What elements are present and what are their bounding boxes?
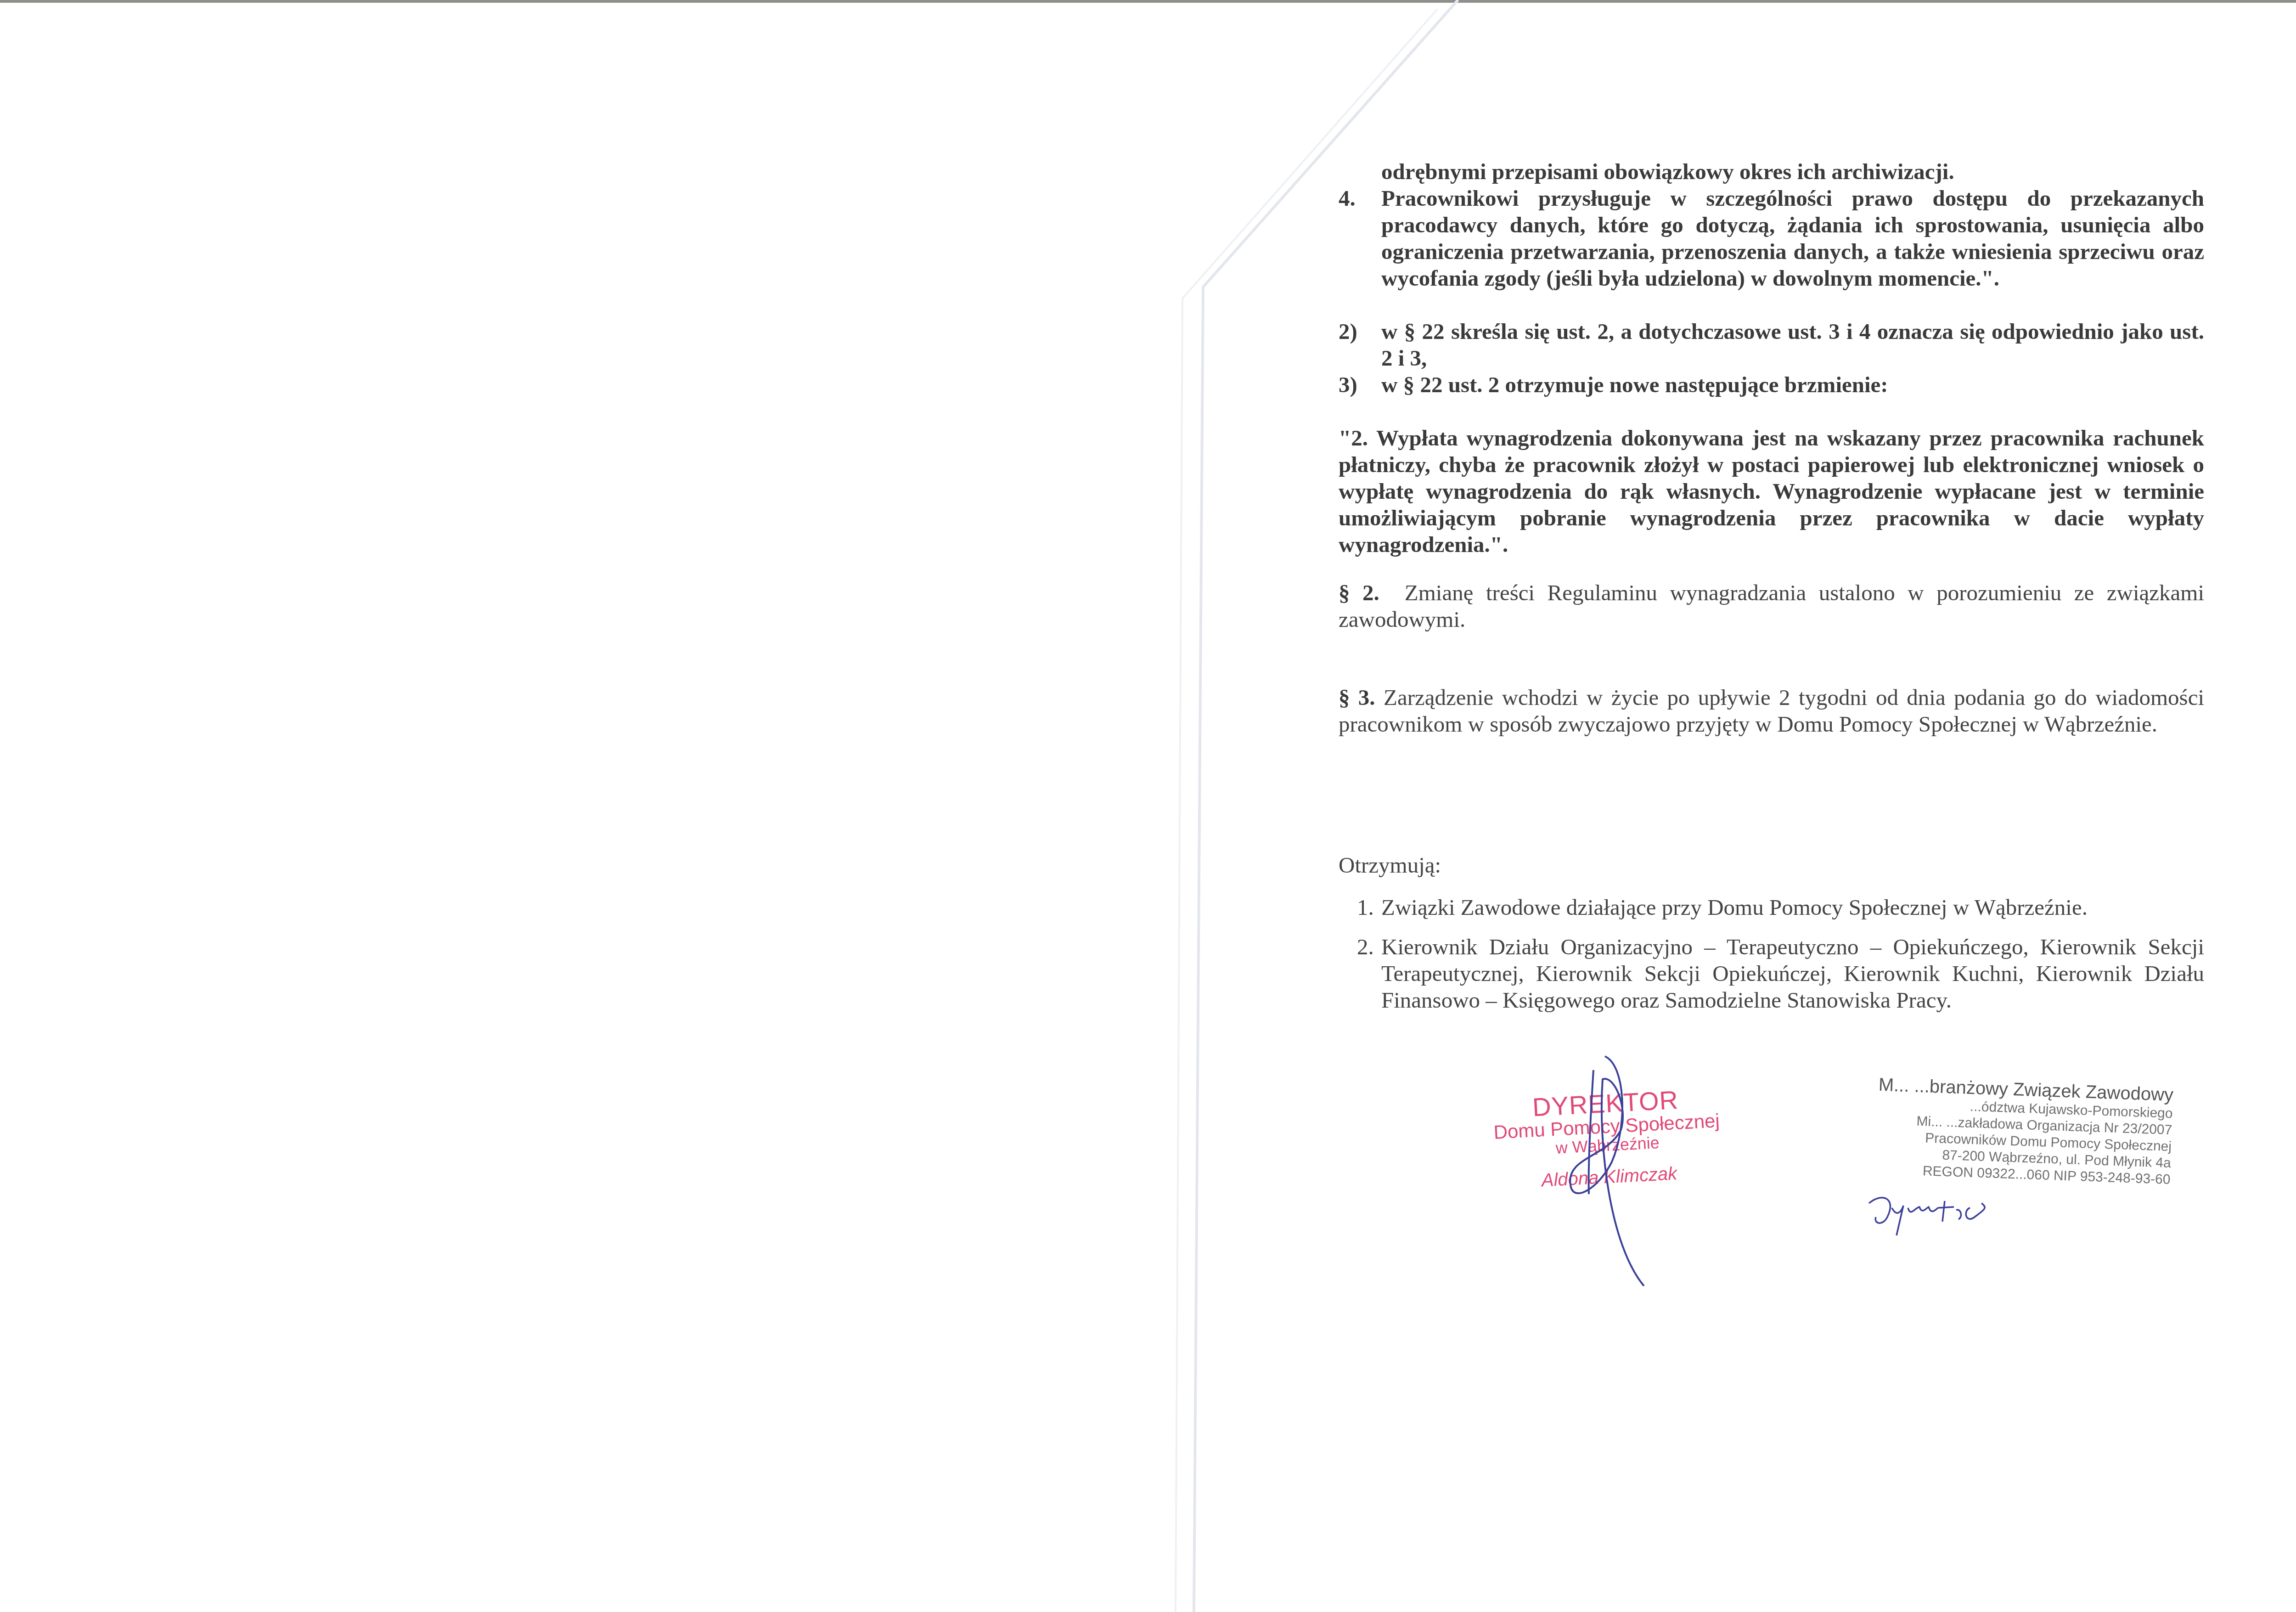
recipients: Otrzymują: 1. Związki Zawodowe działając… xyxy=(1339,852,2204,1014)
section-2: § 2. Zmianę treści Regulaminu wynagradza… xyxy=(1339,580,2204,633)
recipient-number: 2. xyxy=(1357,934,1374,960)
item-4-text: Pracownikowi przysługuje w szczególności… xyxy=(1381,186,2204,291)
section-3-text: Zarządzenie wchodzi w życie po upływie 2… xyxy=(1339,685,2204,737)
item-4: 4. Pracownikowi przysługuje w szczególno… xyxy=(1339,185,2204,292)
continuation-line: odrębnymi przepisami obowiązkowy okres i… xyxy=(1339,158,2204,185)
recipient-text: Kierownik Działu Organizacyjno – Terapeu… xyxy=(1381,934,2204,1013)
point-2-text: w § 22 skreśla się ust. 2, a dotychczaso… xyxy=(1381,319,2204,371)
scan-top-edge xyxy=(0,0,2296,3)
section-3-label: § 3. xyxy=(1339,685,1375,710)
section-3: § 3. Zarządzenie wchodzi w życie po upły… xyxy=(1339,684,2204,738)
section-2-text: Zmianę treści Regulaminu wynagradzania u… xyxy=(1339,580,2204,632)
recipients-heading: Otrzymują: xyxy=(1339,852,2204,879)
point-2: 2) w § 22 skreśla się ust. 2, a dotychcz… xyxy=(1339,318,2204,372)
section-2-label: § 2. xyxy=(1339,580,1379,605)
recipient-number: 1. xyxy=(1357,894,1374,921)
union-signature xyxy=(1864,1189,2002,1240)
point-3: 3) w § 22 ust. 2 otrzymuje nowe następuj… xyxy=(1339,372,2204,398)
quoted-paragraph: "2. Wypłata wynagrodzenia dokonywana jes… xyxy=(1339,425,2204,558)
director-stamp: DYREKTOR Domu Pomocy Społecznej w Wąbrze… xyxy=(1490,1082,1725,1194)
recipient-item: 1. Związki Zawodowe działające przy Domu… xyxy=(1339,894,2204,921)
item-4-number: 4. xyxy=(1339,185,1356,212)
stamp-name: Aldona Klimczak xyxy=(1494,1161,1725,1194)
point-3-number: 3) xyxy=(1339,372,1357,398)
document-body: odrębnymi przepisami obowiązkowy okres i… xyxy=(1339,158,2204,558)
recipient-text: Związki Zawodowe działające przy Domu Po… xyxy=(1381,895,2088,920)
union-stamp: M... ...branżowy Związek Zawodowy ...ódz… xyxy=(1849,1074,2173,1188)
point-3-text: w § 22 ust. 2 otrzymuje nowe następujące… xyxy=(1381,372,1888,397)
recipient-item: 2. Kierownik Działu Organizacyjno – Tera… xyxy=(1339,934,2204,1014)
point-2-number: 2) xyxy=(1339,318,1357,345)
